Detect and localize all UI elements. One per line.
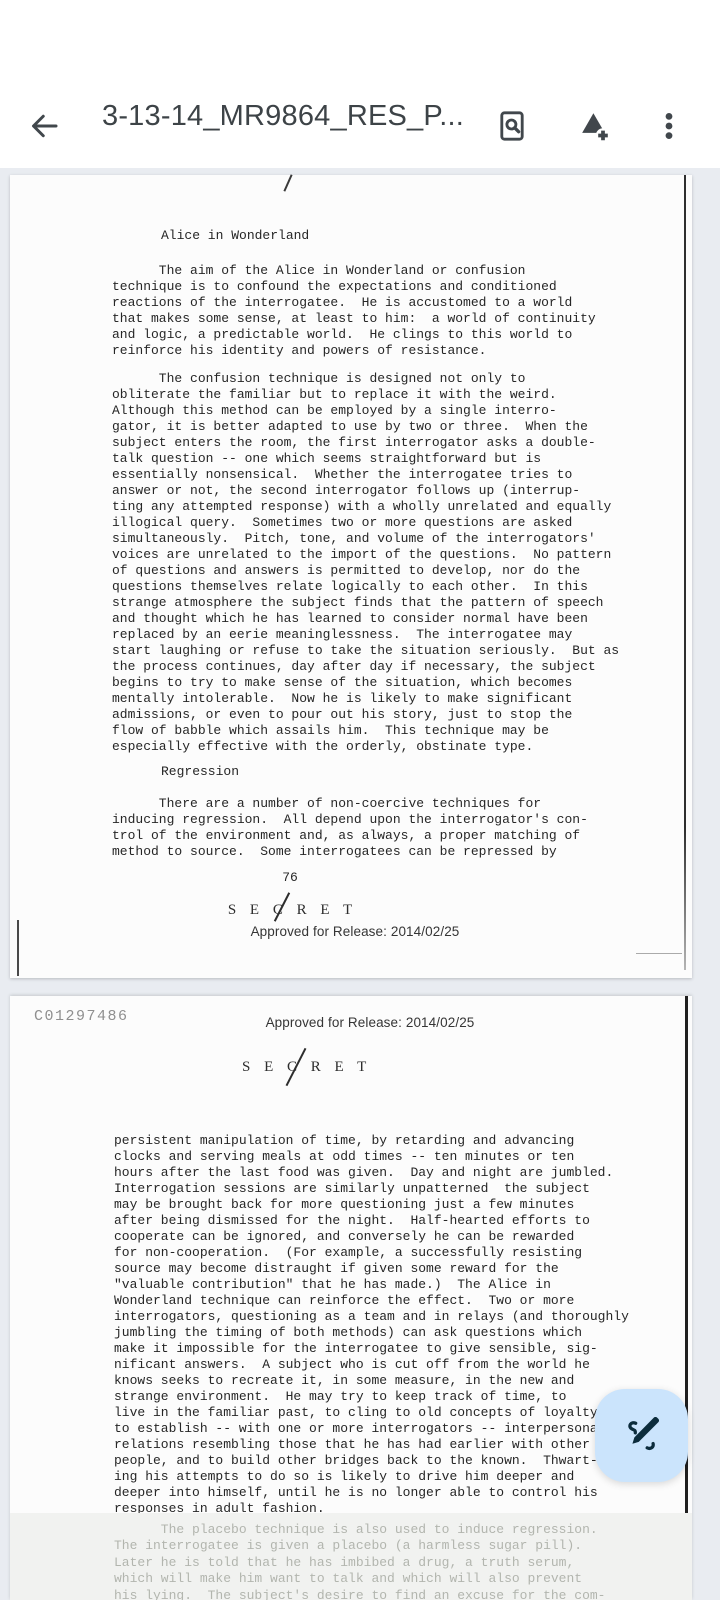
more-options-button[interactable] (649, 105, 689, 149)
paragraph: persistent manipulation of time, by reta… (114, 1133, 629, 1517)
text-line: interrogators, questioning as a team and… (114, 1309, 629, 1325)
text-line: of questions and answers is permitted to… (112, 563, 619, 579)
text-line: people, and to build other bridges back … (114, 1453, 629, 1469)
text-line: strange atmosphere the subject finds tha… (112, 595, 619, 611)
stylus-note-icon (619, 1411, 665, 1460)
text-line: and logic, a predictable world. He cling… (112, 327, 596, 343)
app-bar: 3-13-14_MR9864_RES_P... (0, 90, 720, 168)
text-line: jumbling the timing of both methods) can… (114, 1325, 629, 1341)
scan-dash-mark (636, 953, 682, 954)
text-line: Although this method can be employed by … (112, 403, 619, 419)
arrow-back-icon (26, 108, 62, 147)
text-line: cooperate can be ignored, and conversely… (114, 1229, 629, 1245)
pdf-page-2: C01297486 Approved for Release: 2014/02/… (10, 996, 692, 1600)
more-vertical-icon (652, 109, 686, 146)
paragraph: There are a number of non-coercive techn… (112, 796, 588, 860)
text-line: relations resembling those that he has h… (114, 1437, 629, 1453)
text-line: admissions, or even to pour out his stor… (112, 707, 619, 723)
text-line: Wonderland technique can reinforce the e… (114, 1293, 629, 1309)
text-line: answer or not, the second interrogator f… (112, 483, 619, 499)
text-line: gator, it is better adapted to use by tw… (112, 419, 619, 435)
text-line: may be brought back for more questioning… (114, 1197, 629, 1213)
section-heading: Alice in Wonderland (161, 228, 309, 244)
approval-line: Approved for Release: 2014/02/25 (10, 924, 700, 939)
text-line: strange environment. He may try to keep … (114, 1389, 629, 1405)
text-line: and thought which he has learned to cons… (112, 611, 619, 627)
text-line: technique is to confound the expectation… (112, 279, 596, 295)
page-number: 76 (10, 870, 570, 886)
scan-edge-line (684, 175, 686, 970)
find-in-page-icon (494, 108, 530, 147)
back-button[interactable] (22, 105, 66, 149)
text-line: live in the familiar past, to cling to o… (114, 1405, 629, 1421)
text-line: method to source. Some interrogatees can… (112, 844, 588, 860)
text-line: The aim of the Alice in Wonderland or co… (112, 263, 596, 279)
text-line: The confusion technique is designed not … (112, 371, 619, 387)
text-line: The placebo technique is also used to in… (114, 1522, 692, 1538)
scan-slash-mark (283, 174, 292, 191)
text-line: subject enters the room, the first inter… (112, 435, 619, 451)
status-bar (0, 0, 720, 90)
text-line: reactions of the interrogatee. He is acc… (112, 295, 596, 311)
text-line: hours after the last food was given. Day… (114, 1165, 629, 1181)
drive-pdf-viewer: { "app_bar": { "title": "3-13-14_MR9864_… (0, 0, 720, 1600)
secret-stamp: S E C R E T (228, 902, 357, 919)
text-line: make it impossible for the interrogatee … (114, 1341, 629, 1357)
secret-stamp-wrap: S E C R E T (10, 901, 575, 919)
text-line: his lying. The subject's desire to find … (114, 1588, 692, 1600)
text-line: talk question -- one which seems straigh… (112, 451, 619, 467)
text-line: replaced by an eerie meaninglessness. Th… (112, 627, 619, 643)
add-to-drive-button[interactable] (572, 105, 616, 149)
text-line: questions themselves relate logically to… (112, 579, 619, 595)
secret-stamp-wrap: S E C R E T (242, 1058, 371, 1076)
document-id: C01297486 (34, 1008, 129, 1025)
text-line: Later he is told that he has imbibed a d… (114, 1555, 692, 1571)
text-line: reinforce his identity and powers of res… (112, 343, 596, 359)
add-to-drive-icon (576, 108, 612, 147)
annotate-fab[interactable] (595, 1389, 688, 1482)
text-line: especially effective with the orderly, o… (112, 739, 619, 755)
text-line: "valuable contribution" that he has made… (114, 1277, 629, 1293)
paragraph: The confusion technique is designed not … (112, 371, 619, 755)
text-line: nificant answers. A subject who is cut o… (114, 1357, 629, 1373)
text-line: voices are unrelated to the import of th… (112, 547, 619, 563)
secret-stamp: S E C R E T (242, 1059, 371, 1076)
section-heading: Regression (161, 764, 239, 780)
text-line: ting any attempted response) with a whol… (112, 499, 619, 515)
text-line: simultaneously. Pitch, tone, and volume … (112, 531, 619, 547)
text-line: obliterate the familiar but to replace i… (112, 387, 619, 403)
text-line: after being dismissed for the night. Hal… (114, 1213, 629, 1229)
text-line: Interrogation sessions are similarly unp… (114, 1181, 629, 1197)
text-line: clocks and serving meals at odd times --… (114, 1149, 629, 1165)
text-line: persistent manipulation of time, by reta… (114, 1133, 629, 1149)
paragraph: The aim of the Alice in Wonderland or co… (112, 263, 596, 359)
approval-line: Approved for Release: 2014/02/25 (200, 1015, 540, 1030)
text-line: deeper into himself, until he is no long… (114, 1485, 629, 1501)
document-title: 3-13-14_MR9864_RES_P... (102, 100, 482, 133)
text-line: There are a number of non-coercive techn… (112, 796, 588, 812)
text-line: which will make him want to talk and whi… (114, 1571, 692, 1587)
text-line: inducing regression. All depend upon the… (112, 812, 588, 828)
faded-paragraph-band: The placebo technique is also used to in… (10, 1513, 692, 1600)
pdf-page-1: Alice in Wonderland The aim of the Alice… (10, 175, 692, 978)
text-line: the process continues, day after day if … (112, 659, 619, 675)
text-line: begins to try to make sense of the situa… (112, 675, 619, 691)
text-line: ing his attempts to do so is likely to d… (114, 1469, 629, 1485)
text-line: essentially nonsensical. Whether the int… (112, 467, 619, 483)
paragraph: The placebo technique is also used to in… (114, 1522, 692, 1600)
find-in-page-button[interactable] (490, 105, 534, 149)
text-line: that makes some sense, at least to him: … (112, 311, 596, 327)
text-line: source may become distraught if given so… (114, 1261, 629, 1277)
scan-edge-line (685, 996, 688, 1600)
text-line: for non-cooperation. (For example, a suc… (114, 1245, 629, 1261)
text-line: start laughing or refuse to take the sit… (112, 643, 619, 659)
text-line: trol of the environment and, as always, … (112, 828, 588, 844)
text-line: The interrogatee is given a placebo (a h… (114, 1538, 692, 1554)
text-line: knows seeks to recreate it, in some meas… (114, 1373, 629, 1389)
text-line: illogical query. Sometimes two or more q… (112, 515, 619, 531)
text-line: flow of babble which assails him. This t… (112, 723, 619, 739)
text-line: to establish -- with one or more interro… (114, 1421, 629, 1437)
text-line: mentally intolerable. Now he is likely t… (112, 691, 619, 707)
